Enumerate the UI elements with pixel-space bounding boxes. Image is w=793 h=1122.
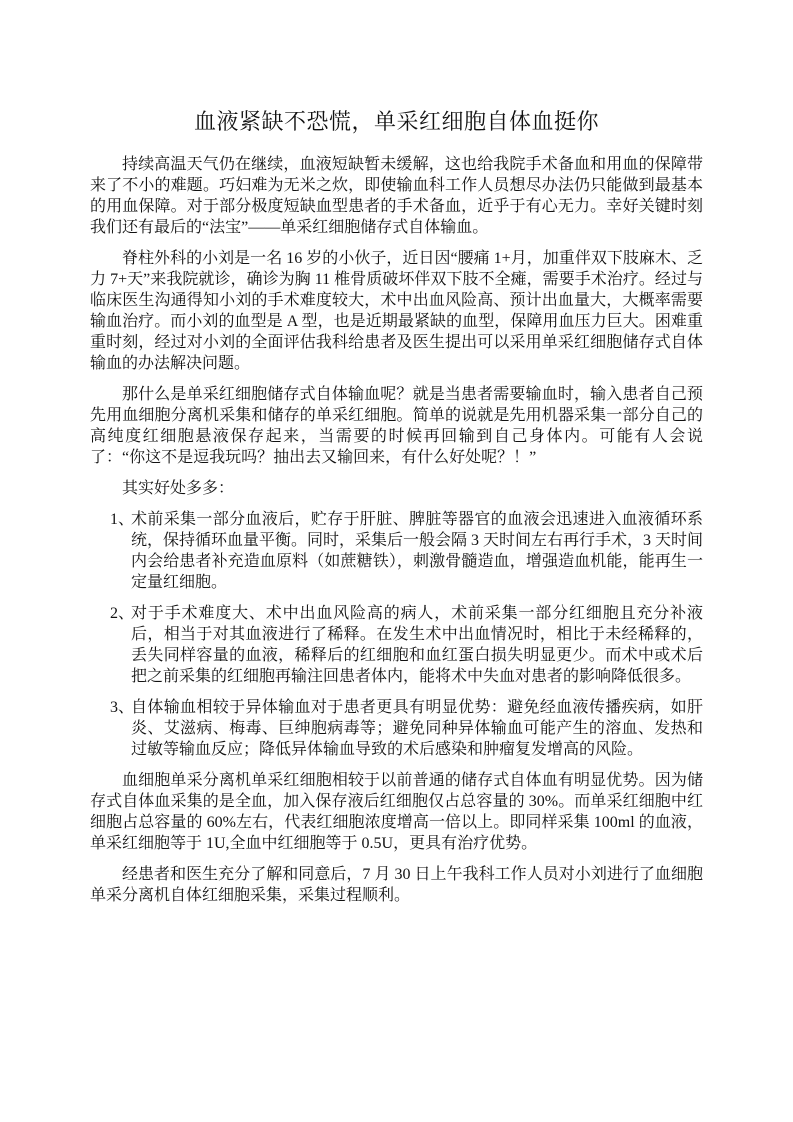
benefit-item-2: 2、 对于手术难度大、术中出血风险高的病人，术前采集一部分红细胞且充分补液后，相… [110, 603, 703, 687]
benefit-text-2: 对于手术难度大、术中出血风险高的病人，术前采集一部分红细胞且充分补液后，相当于对… [131, 603, 703, 687]
benefit-text-1: 术前采集一部分血液后，贮存于肝脏、脾脏等器官的血液会迅速进入血液循环系统，保持循… [131, 509, 703, 593]
benefits-intro: 其实好处多多： [90, 478, 703, 499]
page-title: 血液紧缺不恐慌，单采红细胞自体血挺你 [90, 106, 703, 138]
benefit-marker-3: 3、 [110, 697, 131, 760]
paragraph-advantages-comparison: 血细胞单采分离机单采红细胞相较于以前普通的储存式自体血有明显优势。因为储存式自体… [90, 770, 703, 854]
paragraph-patient-case: 脊柱外科的小刘是一名 16 岁的小伙子，近日因“腰痛 1+月，加重伴双下肢麻木、… [90, 248, 703, 374]
paragraph-collection-result: 经患者和医生充分了解和同意后，7 月 30 日上午我科工作人员对小刘进行了血细胞… [90, 864, 703, 906]
document-page: 血液紧缺不恐慌，单采红细胞自体血挺你 持续高温天气仍在继续，血液短缺暂未缓解，这… [0, 0, 793, 1122]
paragraph-what-is-autologous: 那什么是单采红细胞储存式自体输血呢？就是当患者需要输血时，输入患者自己预先用血细… [90, 384, 703, 468]
benefit-marker-2: 2、 [110, 603, 131, 687]
benefit-item-1: 1、 术前采集一部分血液后，贮存于肝脏、脾脏等器官的血液会迅速进入血液循环系统，… [110, 509, 703, 593]
benefit-item-3: 3、 自体输血相较于异体输血对于患者更具有明显优势：避免经血液传播疾病，如肝炎、… [110, 697, 703, 760]
paragraph-blood-shortage: 持续高温天气仍在继续，血液短缺暂未缓解，这也给我院手术备血和用血的保障带来了不小… [90, 154, 703, 238]
benefit-text-3: 自体输血相较于异体输血对于患者更具有明显优势：避免经血液传播疾病，如肝炎、艾滋病… [131, 697, 703, 760]
benefit-marker-1: 1、 [110, 509, 131, 593]
